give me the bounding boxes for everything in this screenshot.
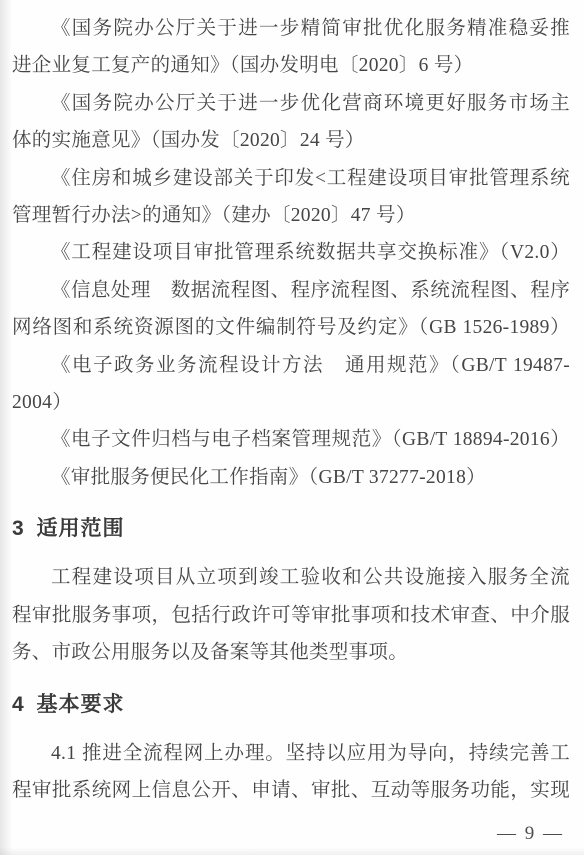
reference-line: 《国务院办公厅关于进一步优化营商环境更好服务市场主 [12,85,570,122]
paragraph-line: 程审批服务事项，包括行政许可等审批事项和技术审查、中介服 [12,597,570,634]
paragraph-line: 务、市政公用服务以及备案等其他类型事项。 [12,634,570,671]
reference-line: 《住房和城乡建设部关于印发<工程建设项目审批管理系统 [12,160,570,197]
reference-line: 《工程建设项目审批管理系统数据共享交换标准》（V2.0） [12,234,570,271]
reference-line: 《电子政务业务流程设计方法 通用规范》（GB/T 19487- [12,347,570,384]
reference-line: 管理暂行办法>的通知》（建办〔2020〕47 号） [12,197,570,234]
reference-line: 2004） [12,384,570,421]
section-heading: 4 基本要求 [12,686,570,723]
reference-line: 进企业复工复产的通知》（国办发明电〔2020〕6 号） [12,47,570,84]
section-heading: 3 适用范围 [12,510,570,547]
paragraph-line: 程审批系统网上信息公开、申请、审批、互动等服务功能，实现 [12,772,570,809]
document-body: 《国务院办公厅关于进一步精简审批优化服务精准稳妥推进企业复工复产的通知》（国办发… [12,10,570,810]
page-number: — 9 — [497,823,564,845]
reference-line: 体的实施意见》（国办发〔2020〕24 号） [12,122,570,159]
reference-line: 《国务院办公厅关于进一步精简审批优化服务精准稳妥推 [12,10,570,47]
reference-line: 《审批服务便民化工作指南》（GB/T 37277-2018） [12,459,570,496]
reference-line: 网络图和系统资源图的文件编制符号及约定》（GB 1526-1989） [12,309,570,346]
reference-line: 《信息处理 数据流程图、程序流程图、系统流程图、程序 [12,272,570,309]
document-page: 《国务院办公厅关于进一步精简审批优化服务精准稳妥推进企业复工复产的通知》（国办发… [0,0,584,855]
reference-line: 《电子文件归档与电子档案管理规范》（GB/T 18894-2016） [12,421,570,458]
paragraph-line: 4.1 推进全流程网上办理。坚持以应用为导向，持续完善工 [12,735,570,772]
paragraph-line: 工程建设项目从立项到竣工验收和公共设施接入服务全流 [12,559,570,596]
